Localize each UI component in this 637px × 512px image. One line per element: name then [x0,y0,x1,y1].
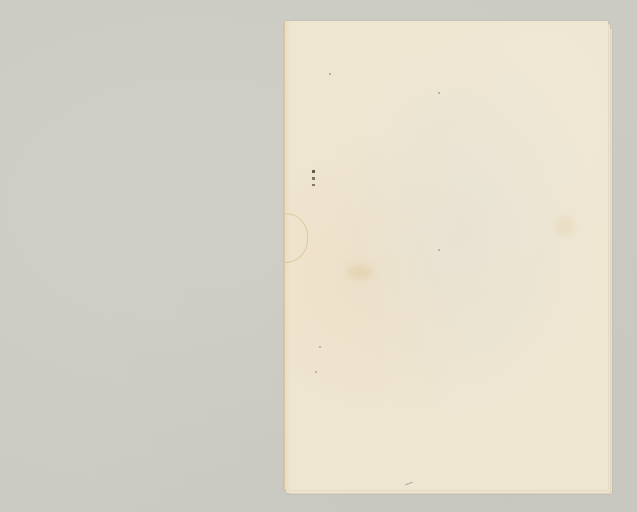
speck [438,249,440,251]
scan-background [0,0,637,512]
ring-stain [285,213,308,263]
speck [405,482,413,486]
foxing-stain [347,264,373,280]
blank-paper-page [284,21,608,490]
speck [319,346,321,348]
speck [315,371,317,373]
speck [329,73,331,75]
ink-mark [312,170,315,192]
foxing-stain [555,216,575,236]
speck [438,92,440,94]
